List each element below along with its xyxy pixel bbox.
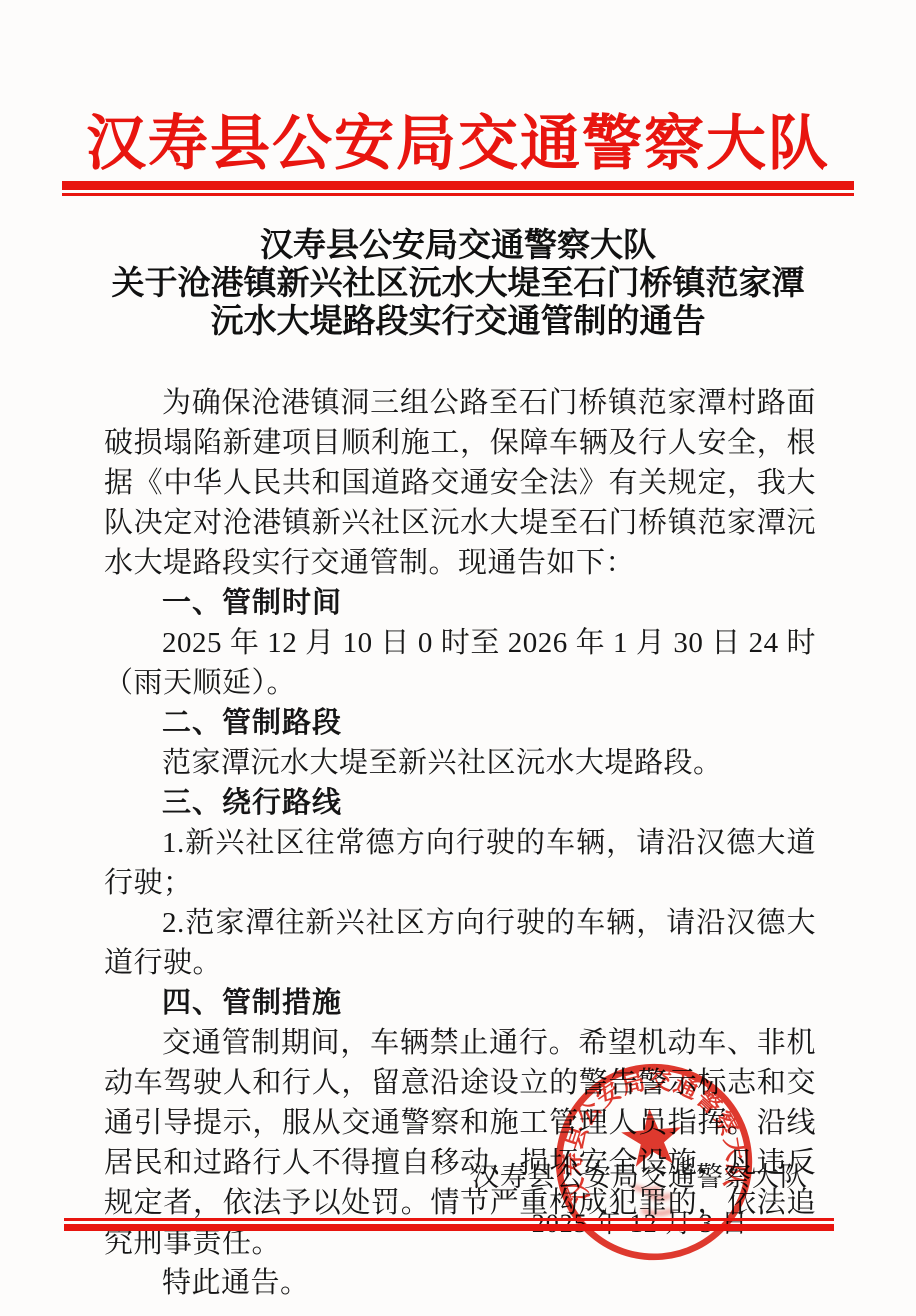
section-3-paragraph-2: 2.范家潭往新兴社区方向行驶的车辆，请沿汉德大道行驶。: [104, 903, 816, 983]
letterhead-org-title: 汉寿县公安局交通警察大队: [0, 96, 916, 182]
section-1-heading: 一、管制时间: [104, 583, 816, 623]
header-rule-thin: [62, 193, 854, 196]
signature-org: 汉寿县公安局交通警察大队: [472, 1155, 808, 1194]
notice-document: 汉寿县公安局交通警察大队 汉寿县公安局交通警察大队 关于沧港镇新兴社区沅水大堤至…: [0, 0, 916, 1316]
section-1-paragraph: 2025 年 12 月 10 日 0 时至 2026 年 1 月 30 日 24…: [104, 623, 816, 703]
footer-rule-thin: [64, 1218, 834, 1221]
section-3-heading: 三、绕行路线: [104, 783, 816, 823]
footer-rule-thick: [64, 1224, 834, 1231]
document-title: 汉寿县公安局交通警察大队 关于沧港镇新兴社区沅水大堤至石门桥镇范家潭 沅水大堤路…: [0, 227, 916, 341]
intro-paragraph: 为确保沧港镇洞三组公路至石门桥镇范家潭村路面破损塌陷新建项目顺利施工，保障车辆及…: [104, 383, 816, 583]
section-2-paragraph: 范家潭沅水大堤至新兴社区沅水大堤路段。: [104, 743, 816, 783]
document-title-line-1: 汉寿县公安局交通警察大队: [0, 227, 916, 265]
signature-date: 2025 年 12 月 3 日: [472, 1203, 808, 1240]
section-4-heading: 四、管制措施: [104, 983, 816, 1023]
header-rule-thick: [62, 181, 854, 190]
document-title-line-2: 关于沧港镇新兴社区沅水大堤至石门桥镇范家潭: [0, 265, 916, 303]
closing-line: 特此通告。: [104, 1263, 816, 1303]
section-3-paragraph-1: 1.新兴社区往常德方向行驶的车辆，请沿汉德大道行驶；: [104, 823, 816, 903]
document-title-line-3: 沅水大堤路段实行交通管制的通告: [0, 303, 916, 341]
section-2-heading: 二、管制路段: [104, 703, 816, 743]
